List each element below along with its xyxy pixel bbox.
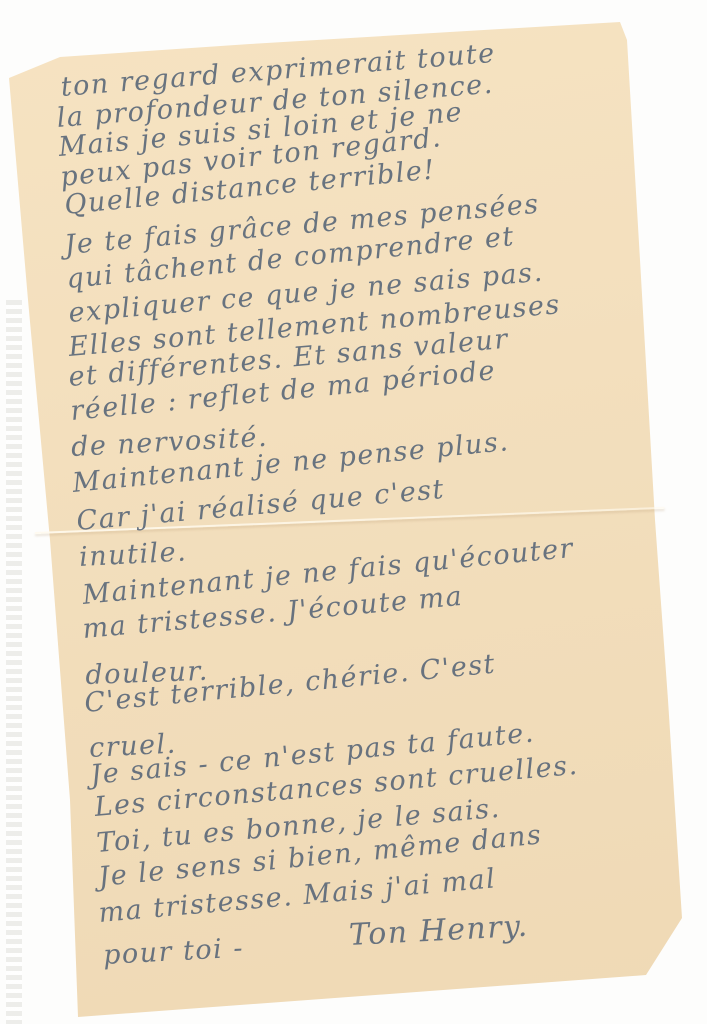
letter-line: inutile.	[78, 536, 188, 573]
scanner-perforated-edge	[6, 300, 22, 1024]
